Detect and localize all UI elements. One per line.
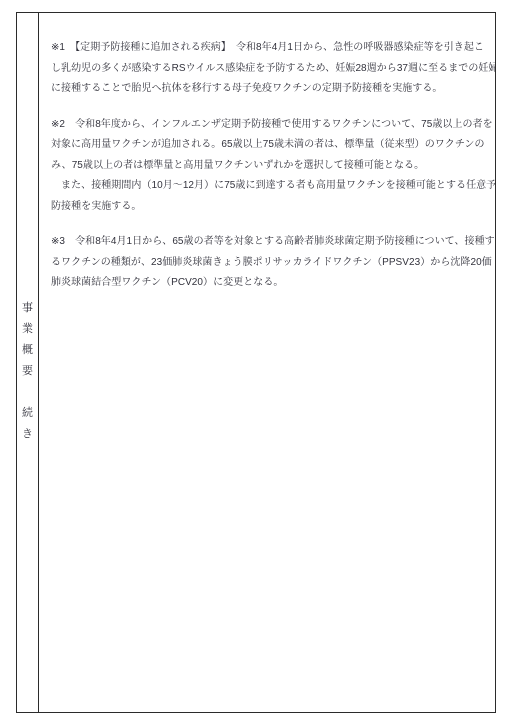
side-label-char: 要 <box>22 366 33 377</box>
side-label-char: 続 <box>22 408 33 419</box>
text-line: ※1 【定期予防接種に追加される疾病】 令和8年4月1日から、急性の呼吸器感染症… <box>51 38 489 59</box>
text-line: み、75歳以上の者は標準量と高用量ワクチンいずれかを選択して接種可能となる。 <box>51 156 489 177</box>
text-line: また、接種期間内（10月～12月）に75歳に到達する者も高用量ワクチンを接種可能… <box>51 176 489 197</box>
side-label: 事業概要 続き <box>22 303 33 440</box>
side-label-char: 事 <box>22 303 33 314</box>
text-line: るワクチンの種類が、23価肺炎球菌きょう膜ポリサッカライドワクチン（PPSV23… <box>51 253 489 274</box>
document-page: 事業概要 続き ※1 【定期予防接種に追加される疾病】 令和8年4月1日から、急… <box>0 0 508 723</box>
text-line: に接種することで胎児へ抗体を移行する母子免疫ワクチンの定期予防接種を実施する。 <box>51 79 489 100</box>
text-line: 対象に高用量ワクチンが追加される。65歳以上75歳未満の者は、標準量（従来型）の… <box>51 135 489 156</box>
text-line: 肺炎球菌結合型ワクチン（PCV20）に変更となる。 <box>51 273 489 294</box>
main-content: ※1 【定期予防接種に追加される疾病】 令和8年4月1日から、急性の呼吸器感染症… <box>39 13 495 712</box>
side-label-char: 概 <box>22 345 33 356</box>
side-label-2: 続き <box>22 408 33 440</box>
side-column: 事業概要 続き <box>17 13 39 712</box>
text-line: ※3 令和8年4月1日から、65歳の者等を対象とする高齢者肺炎球菌定期予防接種に… <box>51 232 489 253</box>
side-label-char: 業 <box>22 324 33 335</box>
text-line: し乳幼児の多くが感染するRSウイルス感染症を予防するため、妊娠28週から37週に… <box>51 59 489 80</box>
page-frame: 事業概要 続き ※1 【定期予防接種に追加される疾病】 令和8年4月1日から、急… <box>16 12 496 713</box>
text-line: 防接種を実施する。 <box>51 197 489 218</box>
paragraph-note2: ※2 令和8年度から、インフルエンザ定期予防接種で使用するワクチンについて、75… <box>51 115 489 218</box>
notes: ※1 【定期予防接種に追加される疾病】 令和8年4月1日から、急性の呼吸器感染症… <box>51 38 489 294</box>
paragraph-note1: ※1 【定期予防接種に追加される疾病】 令和8年4月1日から、急性の呼吸器感染症… <box>51 38 489 100</box>
text-line: ※2 令和8年度から、インフルエンザ定期予防接種で使用するワクチンについて、75… <box>51 115 489 136</box>
paragraph-note3: ※3 令和8年4月1日から、65歳の者等を対象とする高齢者肺炎球菌定期予防接種に… <box>51 232 489 294</box>
side-label-char: き <box>22 429 33 440</box>
side-label-1: 事業概要 <box>22 303 33 377</box>
